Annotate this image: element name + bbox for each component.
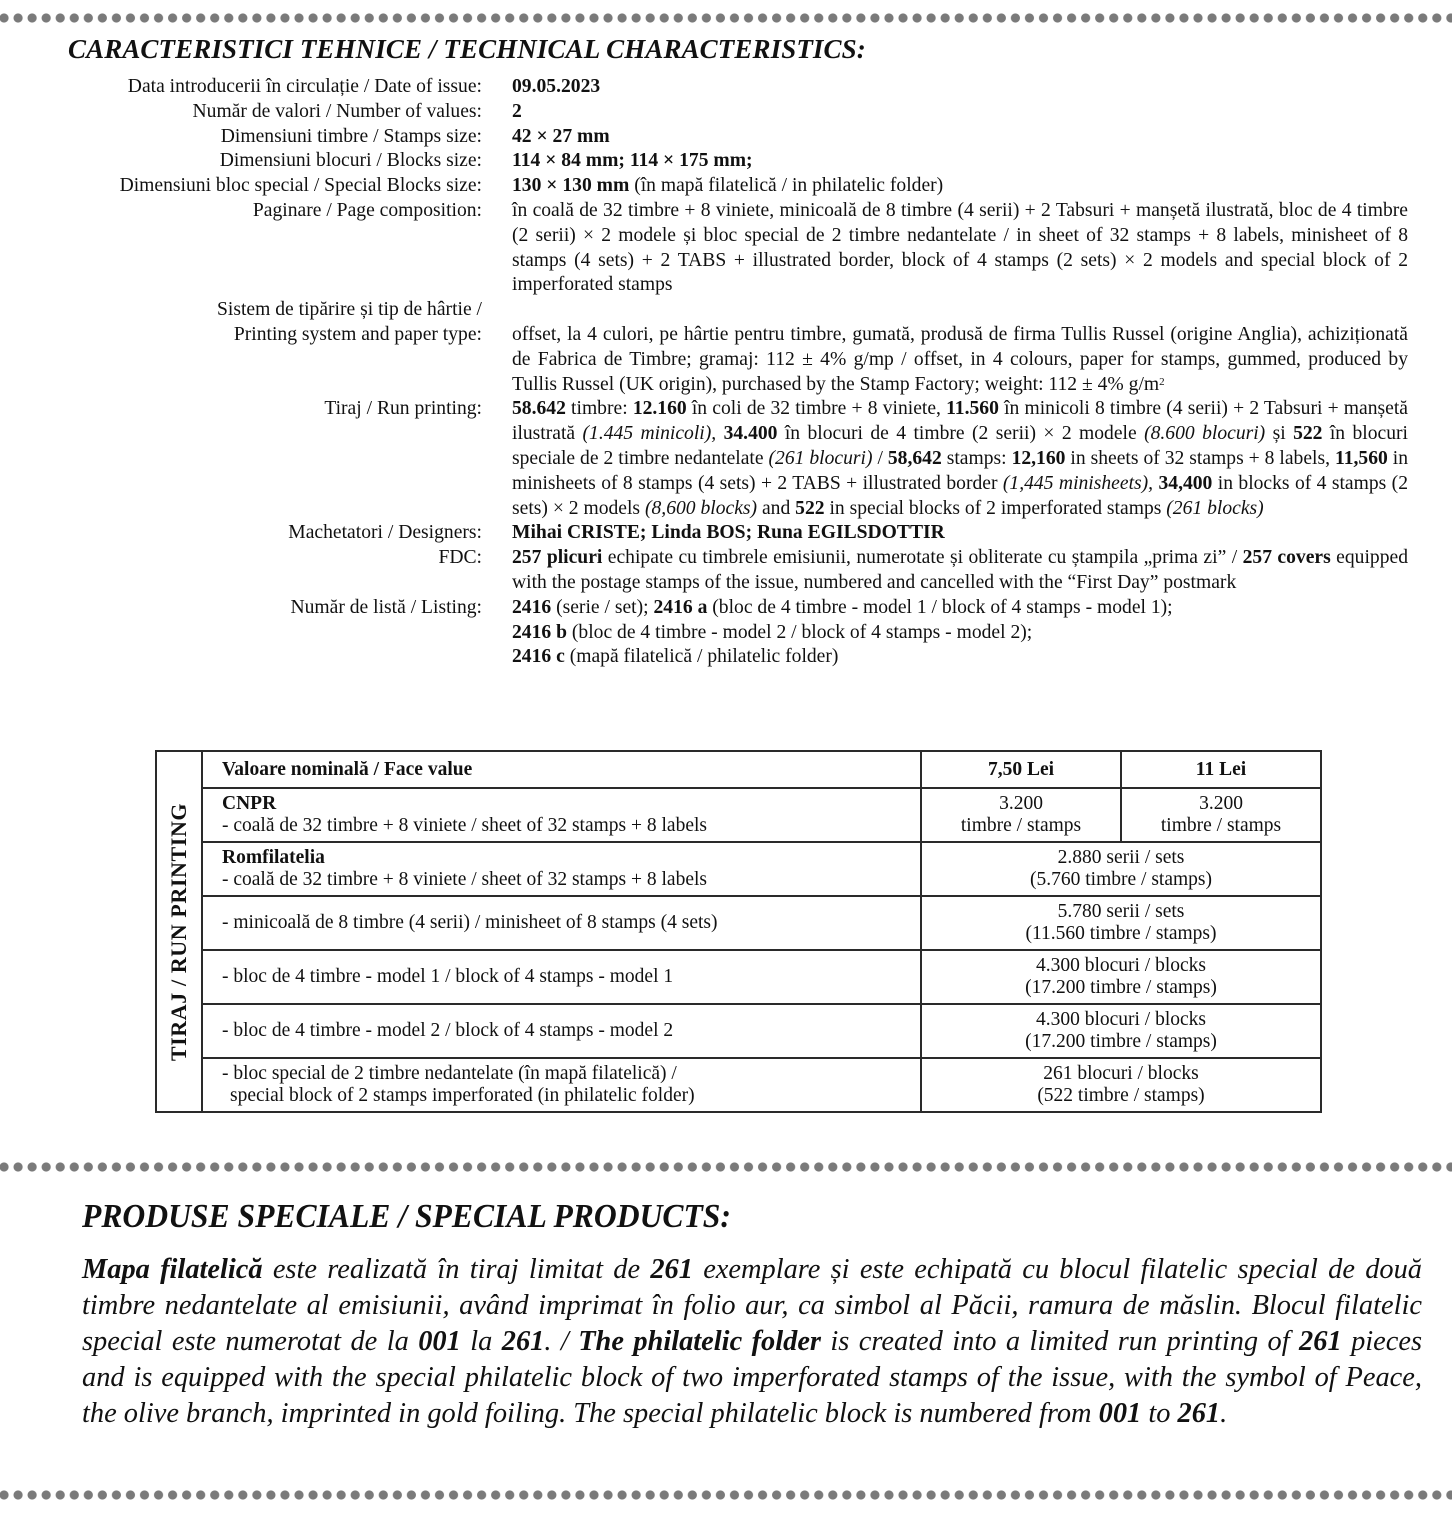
- spec-listing: Număr de listă / Listing: 2416 (serie / …: [0, 596, 1452, 670]
- table-row: CNPR- coală de 32 timbre + 8 viniete / s…: [156, 788, 1321, 842]
- spec-value: Mihai CRISTE; Linda BOS; Runa EGILSDOTTI…: [512, 521, 1408, 546]
- spec-label: Tiraj / Run printing:: [0, 397, 482, 521]
- spec-value: 130 × 130 mm (în mapă filatelică / in ph…: [512, 174, 1408, 199]
- table-header-row: TIRAJ / RUN PRINTING Valoare nominală / …: [156, 751, 1321, 788]
- technical-specs: Data introducerii în circulație / Date o…: [0, 75, 1452, 670]
- table-row: - bloc de 4 timbre - model 2 / block of …: [156, 1004, 1321, 1058]
- table-row: - bloc de 4 timbre - model 1 / block of …: [156, 950, 1321, 1004]
- run-printing-table: TIRAJ / RUN PRINTING Valoare nominală / …: [155, 750, 1322, 1113]
- dotted-divider-bottom: [0, 1489, 1452, 1501]
- spec-stamp-size: Dimensiuni timbre / Stamps size: 42 × 27…: [0, 125, 1452, 150]
- spec-values: Număr de valori / Number of values: 2: [0, 100, 1452, 125]
- spec-blocks-size: Dimensiuni blocuri / Blocks size: 114 × …: [0, 149, 1452, 174]
- spec-printing: Printing system and paper type: offset, …: [0, 323, 1452, 397]
- spec-run-printing: Tiraj / Run printing: 58.642 timbre: 12.…: [0, 397, 1452, 521]
- spec-value: 2416 (serie / set); 2416 a (bloc de 4 ti…: [512, 596, 1408, 670]
- spec-label: Sistem de tipărire și tip de hârtie /: [0, 298, 482, 323]
- technical-title: CARACTERISTICI TEHNICE / TECHNICAL CHARA…: [68, 34, 866, 65]
- spec-fdc: FDC: 257 plicuri echipate cu timbrele em…: [0, 546, 1452, 596]
- table-row: - bloc special de 2 timbre nedantelate (…: [156, 1058, 1321, 1112]
- spec-value: în coală de 32 timbre + 8 viniete, minic…: [512, 199, 1408, 298]
- spec-label: Printing system and paper type:: [0, 323, 482, 397]
- table-row: - minicoală de 8 timbre (4 serii) / mini…: [156, 896, 1321, 950]
- spec-value: 257 plicuri echipate cu timbrele emisiun…: [512, 546, 1408, 596]
- spec-value: 58.642 timbre: 12.160 în coli de 32 timb…: [512, 397, 1408, 521]
- spec-value: offset, la 4 culori, pe hârtie pentru ti…: [512, 323, 1408, 397]
- spec-label: FDC:: [0, 546, 482, 596]
- spec-label: Data introducerii în circulație / Date o…: [0, 75, 482, 100]
- spec-date: Data introducerii în circulație / Date o…: [0, 75, 1452, 100]
- spec-label: Machetatori / Designers:: [0, 521, 482, 546]
- spec-value: 42 × 27 mm: [512, 125, 1408, 150]
- dotted-divider-middle: [0, 1161, 1452, 1173]
- spec-label: Dimensiuni blocuri / Blocks size:: [0, 149, 482, 174]
- spec-page-composition: Paginare / Page composition: în coală de…: [0, 199, 1452, 298]
- spec-label: Paginare / Page composition:: [0, 199, 482, 298]
- special-products-title: PRODUSE SPECIALE / SPECIAL PRODUCTS:: [82, 1198, 731, 1236]
- spec-label: Număr de listă / Listing:: [0, 596, 482, 670]
- face-value-col1: 7,50 Lei: [921, 751, 1121, 788]
- spec-value: 09.05.2023: [512, 75, 1408, 100]
- spec-designers: Machetatori / Designers: Mihai CRISTE; L…: [0, 521, 1452, 546]
- table-side-label: TIRAJ / RUN PRINTING: [156, 751, 202, 1112]
- spec-special-size: Dimensiuni bloc special / Special Blocks…: [0, 174, 1452, 199]
- spec-label: Număr de valori / Number of values:: [0, 100, 482, 125]
- table-row: Romfilatelia- coală de 32 timbre + 8 vin…: [156, 842, 1321, 896]
- special-products-paragraph: Mapa filatelică este realizată în tiraj …: [82, 1252, 1422, 1432]
- spec-label: Dimensiuni timbre / Stamps size:: [0, 125, 482, 150]
- dotted-divider-top: [0, 12, 1452, 24]
- face-value-col2: 11 Lei: [1121, 751, 1321, 788]
- face-value-label: Valoare nominală / Face value: [202, 751, 921, 788]
- spec-printing-label-line1: Sistem de tipărire și tip de hârtie /: [0, 298, 1452, 323]
- spec-label: Dimensiuni bloc special / Special Blocks…: [0, 174, 482, 199]
- spec-value: 114 × 84 mm; 114 × 175 mm;: [512, 149, 1408, 174]
- spec-value: 2: [512, 100, 1408, 125]
